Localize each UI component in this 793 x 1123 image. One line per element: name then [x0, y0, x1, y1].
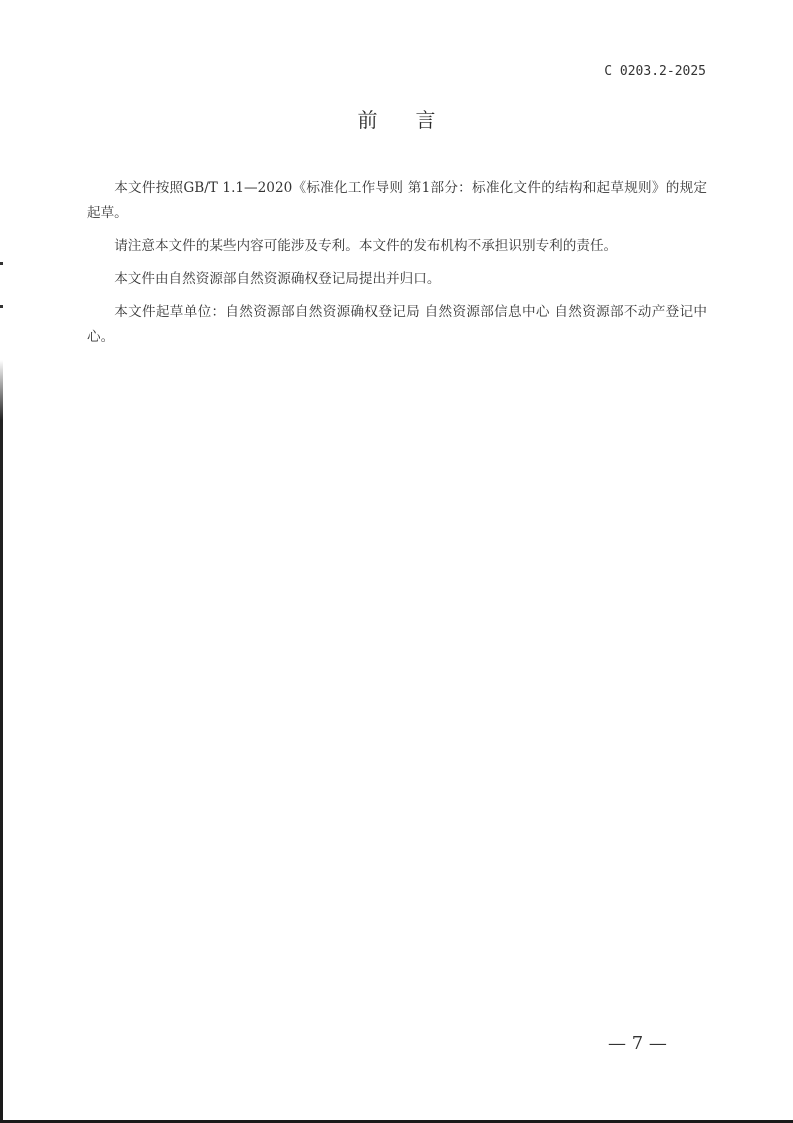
paragraph-patent-notice: 请注意本文件的某些内容可能涉及专利。本文件的发布机构不承担识别专利的责任。: [87, 234, 707, 259]
paragraph-drafting-units: 本文件起草单位：自然资源部自然资源确权登记局 自然资源部信息中心 自然资源部不动…: [87, 300, 707, 350]
scan-edge-left: [0, 360, 3, 1123]
document-code: C 0203.2-2025: [604, 64, 706, 79]
scan-speck: [0, 262, 3, 265]
scan-speck: [0, 305, 3, 308]
paragraph-proposer: 本文件由自然资源部自然资源确权登记局提出并归口。: [87, 267, 707, 292]
document-page: C 0203.2-2025 前言 本文件按照GB/T 1.1—2020《标准化工…: [0, 0, 793, 1123]
section-title: 前言: [0, 104, 793, 133]
page-number: — 7 —: [608, 1033, 667, 1054]
foreword-body: 本文件按照GB/T 1.1—2020《标准化工作导则 第1部分：标准化文件的结构…: [87, 176, 707, 358]
paragraph-drafting-rules: 本文件按照GB/T 1.1—2020《标准化工作导则 第1部分：标准化文件的结构…: [87, 176, 707, 226]
